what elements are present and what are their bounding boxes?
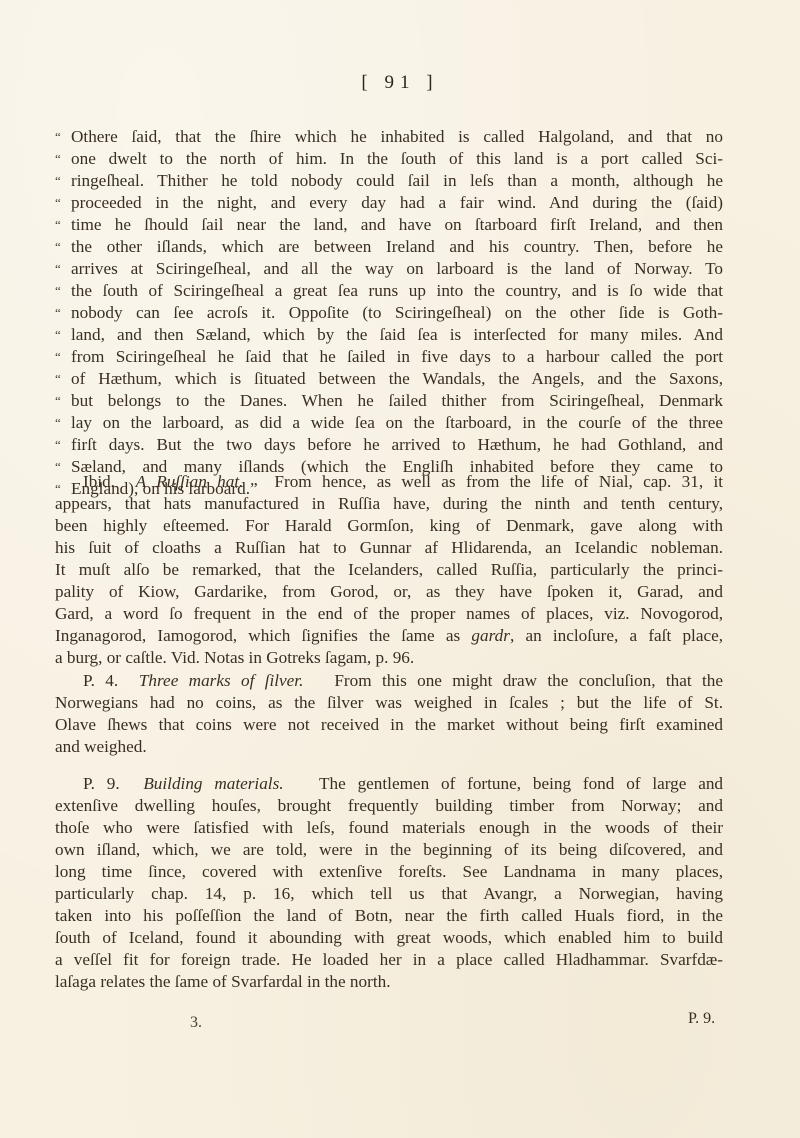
quote-mark: “ <box>55 346 71 368</box>
note-ref: P. 4. <box>83 671 118 690</box>
catchword: P. 9. <box>688 1010 715 1028</box>
quote-line: “but belongs to the Danes. When he ſaile… <box>55 390 723 412</box>
quote-mark: “ <box>55 368 71 390</box>
quote-mark: “ <box>55 214 71 236</box>
note-line: P. 9. Building materials. The gentlemen … <box>55 773 723 795</box>
quote-mark: “ <box>55 324 71 346</box>
note-line: Gard, a word ſo frequent in the end of t… <box>55 603 723 625</box>
note-line: own iſland, which, we are told, were in … <box>55 839 723 861</box>
quote-mark: “ <box>55 258 71 280</box>
quote-line: “arrives at Sciringeſheal, and all the w… <box>55 258 723 280</box>
note-line: pality of Kiow, Gardarike, from Gorod, o… <box>55 581 723 603</box>
note-line: particularly chap. 14, p. 16, which tell… <box>55 883 723 905</box>
note-line: appears, that hats manufactured in Ruſſi… <box>55 493 723 515</box>
note-building-materials: P. 9. Building materials. The gentlemen … <box>55 773 723 993</box>
note-russian-hat: Ibid. A Ruſſian hat. From hence, as well… <box>55 471 723 669</box>
note-line: taken into his poſſeſſion the land of Bo… <box>55 905 723 927</box>
note-line: long time ſince, covered with extenſive … <box>55 861 723 883</box>
quote-line: “time he ſhould ſail near the land, and … <box>55 214 723 236</box>
note-lemma: Building materials. <box>143 774 283 793</box>
quotation-block: “Othere ſaid, that the ſhire which he in… <box>55 126 723 500</box>
quote-mark: “ <box>55 170 71 192</box>
quote-mark: “ <box>55 390 71 412</box>
note-line: extenſive dwelling houſes, brought frequ… <box>55 795 723 817</box>
quote-mark: “ <box>55 148 71 170</box>
note-line: Inganagorod, Iamogorod, which ſignifies … <box>55 625 723 647</box>
note-line: Norwegians had no coins, as the ſilver w… <box>55 692 723 714</box>
quote-mark: “ <box>55 126 71 148</box>
quote-line: “lay on the larboard, as did a wide ſea … <box>55 412 723 434</box>
note-line: It muſt alſo be remarked, that the Icela… <box>55 559 723 581</box>
quote-line: “proceeded in the night, and every day h… <box>55 192 723 214</box>
page-number: [ 91 ] <box>0 72 800 94</box>
note-lemma: A Ruſſian hat. <box>136 472 244 491</box>
quote-mark: “ <box>55 236 71 258</box>
italic-term: gardr <box>471 626 510 645</box>
note-line: Olave ſhews that coins were not received… <box>55 714 723 736</box>
note-ref: Ibid. <box>83 472 115 491</box>
book-page: [ 91 ] “Othere ſaid, that the ſhire whic… <box>0 0 800 1138</box>
note-three-marks: P. 4. Three marks of ſilver. From this o… <box>55 670 723 758</box>
quote-mark: “ <box>55 302 71 324</box>
quote-line: “the other iſlands, which are between Ir… <box>55 236 723 258</box>
quote-line: “Othere ſaid, that the ſhire which he in… <box>55 126 723 148</box>
note-line: Ibid. A Ruſſian hat. From hence, as well… <box>55 471 723 493</box>
note-line: P. 4. Three marks of ſilver. From this o… <box>55 670 723 692</box>
quote-line: “from Sciringeſheal he ſaid that he ſail… <box>55 346 723 368</box>
quote-mark: “ <box>55 434 71 456</box>
quote-line: “ringeſheal. Thither he told nobody coul… <box>55 170 723 192</box>
note-lemma: Three marks of ſilver. <box>139 671 304 690</box>
note-line: been highly eſteemed. For Harald Gormſon… <box>55 515 723 537</box>
quote-mark: “ <box>55 412 71 434</box>
note-line: laſaga relates the ſame of Svarfardal in… <box>55 971 723 993</box>
quote-mark: “ <box>55 192 71 214</box>
note-line: and weighed. <box>55 736 723 758</box>
quote-line: “firſt days. But the two days before he … <box>55 434 723 456</box>
note-ref: P. 9. <box>83 774 120 793</box>
quote-mark: “ <box>55 280 71 302</box>
signature-mark: 3. <box>190 1014 202 1032</box>
quote-line: “the ſouth of Sciringeſheal a great ſea … <box>55 280 723 302</box>
note-line: thoſe who were ſatisfied with leſs, foun… <box>55 817 723 839</box>
quote-line: “of Hæthum, which is ſituated between th… <box>55 368 723 390</box>
quote-line: “land, and then Sæland, which by the ſai… <box>55 324 723 346</box>
note-line: a burg, or caſtle. Vid. Notas in Gotreks… <box>55 647 723 669</box>
quote-line: “one dwelt to the north of him. In the ſ… <box>55 148 723 170</box>
quote-line: “nobody can ſee acroſs it. Oppoſite (to … <box>55 302 723 324</box>
note-line: his ſuit of cloaths a Ruſſian hat to Gun… <box>55 537 723 559</box>
note-line: a veſſel fit for foreign trade. He loade… <box>55 949 723 971</box>
note-line: ſouth of Iceland, found it abounding wit… <box>55 927 723 949</box>
